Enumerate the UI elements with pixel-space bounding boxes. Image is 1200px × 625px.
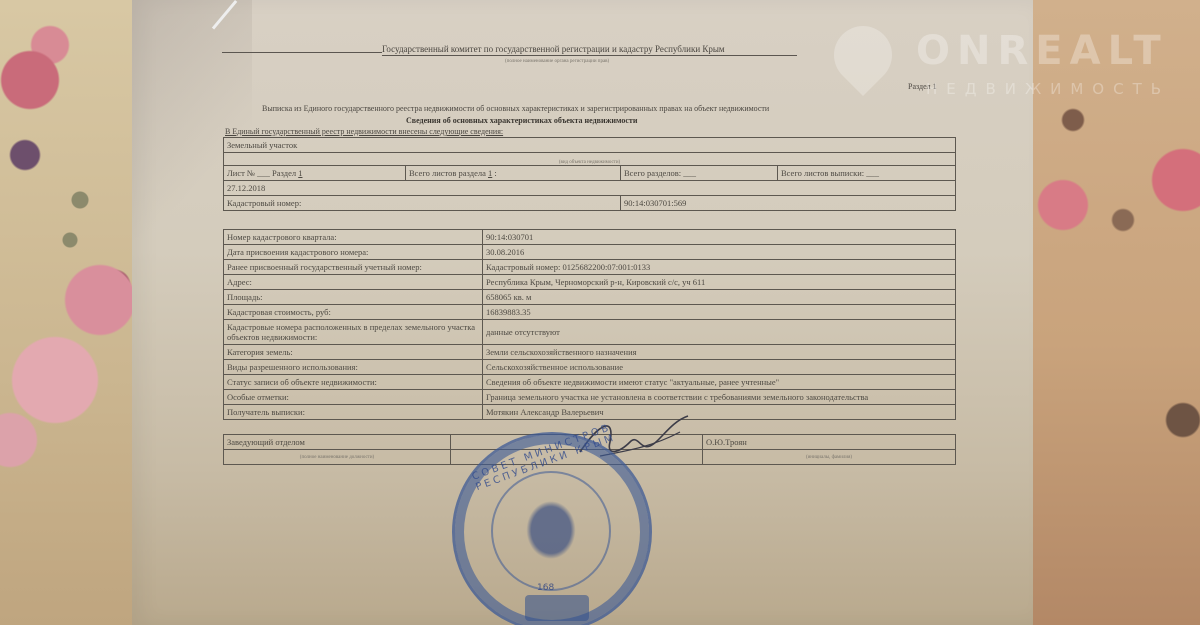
cadastral-number-label: Кадастровый номер: bbox=[224, 196, 621, 211]
table-row: Адрес:Республика Крым, Черноморский р-н,… bbox=[224, 275, 956, 290]
row-label: Кадастровые номера расположенных в преде… bbox=[224, 320, 483, 345]
coat-of-arms-icon bbox=[523, 497, 579, 563]
row-label: Кадастровая стоимость, руб: bbox=[224, 305, 483, 320]
table-row: Особые отметки:Граница земельного участк… bbox=[224, 390, 956, 405]
row-value: 16839883.35 bbox=[483, 305, 956, 320]
row-value: 658065 кв. м bbox=[483, 290, 956, 305]
sheets-in-section-cell: Всего листов раздела 1 : bbox=[406, 166, 621, 181]
total-sections-cell: Всего разделов: ___ bbox=[621, 166, 778, 181]
row-label: Номер кадастрового квартала: bbox=[224, 230, 483, 245]
stamp-number: 168 bbox=[537, 583, 554, 593]
row-value: 90:14:030701 bbox=[483, 230, 956, 245]
row-label: Дата присвоения кадастрового номера: bbox=[224, 245, 483, 260]
row-label: Особые отметки: bbox=[224, 390, 483, 405]
signatory-position: Заведующий отделом bbox=[224, 435, 451, 450]
authority-name: Государственный комитет по государственн… bbox=[382, 44, 725, 54]
wallpaper-right bbox=[1033, 0, 1200, 625]
table-row: Категория земель:Земли сельскохозяйствен… bbox=[224, 345, 956, 360]
row-label: Адрес: bbox=[224, 275, 483, 290]
wallpaper-left bbox=[0, 0, 132, 625]
table-row: Кадастровая стоимость, руб:16839883.35 bbox=[224, 305, 956, 320]
row-value: Сведения об объекте недвижимости имеют с… bbox=[483, 375, 956, 390]
signatory-name: О.Ю.Троян bbox=[703, 435, 956, 450]
table-row: Площадь:658065 кв. м bbox=[224, 290, 956, 305]
row-value: 30.08.2016 bbox=[483, 245, 956, 260]
total-sheets-cell: Всего листов выписки: ___ bbox=[778, 166, 956, 181]
extract-title: Выписка из Единого государственного реес… bbox=[262, 104, 769, 113]
sheet-cell: Лист № ___ Раздел 1 bbox=[224, 166, 406, 181]
object-type: Земельный участок bbox=[224, 138, 956, 153]
table-row: Виды разрешенного использования:Сельскох… bbox=[224, 360, 956, 375]
row-label: Площадь: bbox=[224, 290, 483, 305]
table-row: Ранее присвоенный государственный учетны… bbox=[224, 260, 956, 275]
row-value: данные отсутствуют bbox=[483, 320, 956, 345]
row-label: Статус записи об объекте недвижимости: bbox=[224, 375, 483, 390]
extract-date: 27.12.2018 bbox=[224, 181, 956, 196]
row-label: Виды разрешенного использования: bbox=[224, 360, 483, 375]
row-value: Республика Крым, Черноморский р-н, Киров… bbox=[483, 275, 956, 290]
table-row: Статус записи об объекте недвижимости:Св… bbox=[224, 375, 956, 390]
stamp-blot bbox=[525, 595, 589, 621]
row-label: Категория земель: bbox=[224, 345, 483, 360]
authority-caption: (полное наименование органа регистрации … bbox=[505, 59, 609, 64]
row-label: Ранее присвоенный государственный учетны… bbox=[224, 260, 483, 275]
table-row: Кадастровые номера расположенных в преде… bbox=[224, 320, 956, 345]
row-value: Мотякин Александр Валерьевич bbox=[483, 405, 956, 420]
cadastral-number-value: 90:14:030701:569 bbox=[621, 196, 956, 211]
table-row: Номер кадастрового квартала:90:14:030701 bbox=[224, 230, 956, 245]
row-value: Сельскохозяйственное использование bbox=[483, 360, 956, 375]
object-type-caption: (вид объекта недвижимости) bbox=[224, 153, 956, 166]
authority-underline-left bbox=[222, 52, 382, 53]
official-stamp: СОВЕТ МИНИСТРОВ РЕСПУБЛИКИ КРЫМ 168 bbox=[452, 432, 652, 625]
object-header-table: Земельный участок (вид объекта недвижимо… bbox=[223, 137, 956, 211]
intro-text: В Единый государственный реестр недвижим… bbox=[225, 127, 503, 136]
characteristics-table: Номер кадастрового квартала:90:14:030701… bbox=[223, 229, 956, 420]
section-label: Раздел 1 bbox=[908, 82, 937, 91]
row-value: Земли сельскохозяйственного назначения bbox=[483, 345, 956, 360]
authority-underline bbox=[382, 55, 797, 56]
signatory-name-caption: (инициалы, фамилия) bbox=[703, 450, 956, 465]
row-value: Граница земельного участка не установлен… bbox=[483, 390, 956, 405]
row-value: Кадастровый номер: 0125682200:07:001:013… bbox=[483, 260, 956, 275]
table-row: Дата присвоения кадастрового номера:30.0… bbox=[224, 245, 956, 260]
signatory-position-caption: (полное наименование должности) bbox=[224, 450, 451, 465]
row-label: Получатель выписки: bbox=[224, 405, 483, 420]
stamp-inner-ring bbox=[491, 471, 611, 591]
extract-subtitle: Сведения об основных характеристиках объ… bbox=[406, 116, 637, 125]
